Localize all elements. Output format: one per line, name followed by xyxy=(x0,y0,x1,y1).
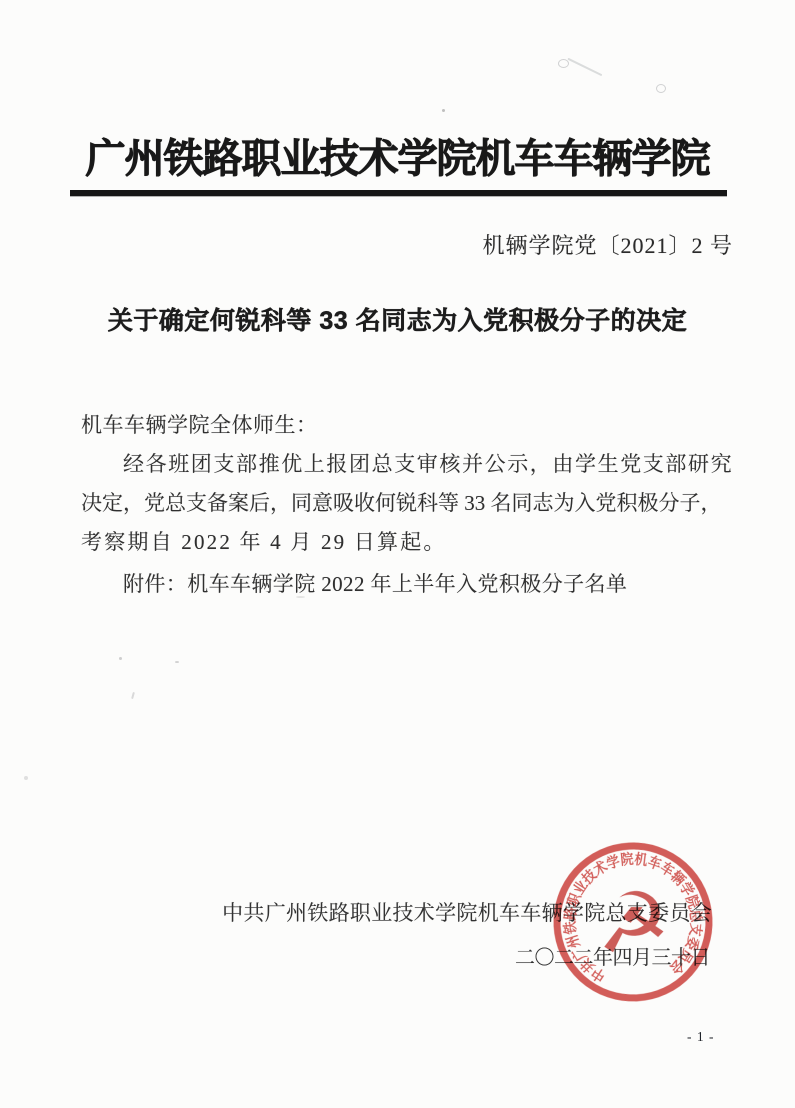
body-line: 考察期自 2022 年 4 月 29 日算起。 xyxy=(81,523,729,562)
scan-speck xyxy=(558,59,569,68)
body-line: 经各班团支部推优上报团总支审核并公示，由学生党支部研究 xyxy=(81,445,729,484)
page-number: - 1 - xyxy=(687,1029,715,1045)
document-number: 机辆学院党〔2021〕2 号 xyxy=(482,233,733,259)
scan-speck xyxy=(119,657,122,660)
issue-date: 二〇二二年四月三十日 xyxy=(515,946,710,971)
attachment-line: 附件：机车车辆学院 2022 年上半年入党积极分子名单 xyxy=(81,565,729,604)
document-body: 机车车辆学院全体师生： 经各班团支部推优上报团总支审核并公示，由学生党支部研究 … xyxy=(81,406,729,604)
body-line: 决定，党总支备案后，同意吸收何锐科等 33 名同志为入党积极分子， xyxy=(81,484,729,523)
scan-speck xyxy=(568,58,603,76)
scan-speck xyxy=(131,692,135,699)
scanned-document-page: 广州铁路职业技术学院机车车辆学院 机辆学院党〔2021〕2 号 关于确定何锐科等… xyxy=(0,0,795,1108)
letterhead-title: 广州铁路职业技术学院机车车辆学院 xyxy=(0,131,795,187)
salutation-line: 机车车辆学院全体师生： xyxy=(81,406,729,445)
scan-speck xyxy=(442,109,445,112)
letterhead-rule xyxy=(70,190,727,196)
document-title: 关于确定何锐科等 33 名同志为入党积极分子的决定 xyxy=(0,304,795,338)
scan-speck xyxy=(175,661,179,663)
scan-speck xyxy=(24,776,28,780)
scan-speck xyxy=(656,84,666,93)
issuing-committee-signature: 中共广州铁路职业技术学院机车车辆学院总支委员会 xyxy=(222,900,712,926)
